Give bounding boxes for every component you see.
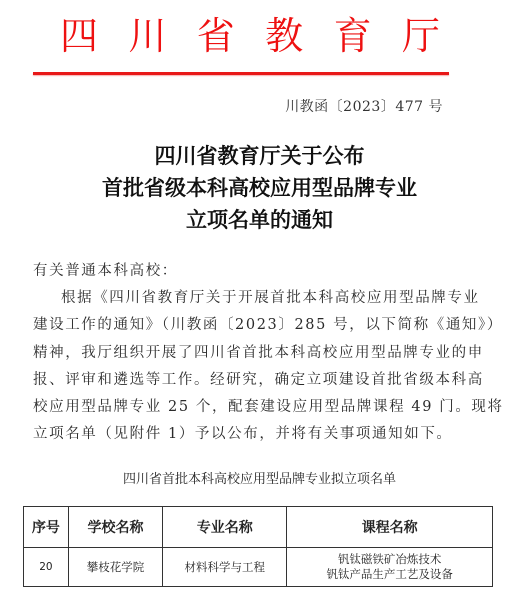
red-divider-rule xyxy=(33,72,449,75)
title-line: 首批省级本科高校应用型品牌专业 xyxy=(0,172,519,204)
cell-seq: 20 xyxy=(24,548,69,587)
paragraph-line: 根据《四川省教育厅关于开展首批本科高校应用型品牌专业 xyxy=(33,285,445,312)
paragraph-line: 建设工作的通知》（川教函〔2023〕285 号，以下简称《通知》） xyxy=(33,312,445,339)
header-seq: 序号 xyxy=(24,507,69,548)
title-line: 四川省教育厅关于公布 xyxy=(0,140,519,172)
masthead-char: 川 xyxy=(128,14,166,58)
masthead-char: 四 xyxy=(60,14,98,58)
header-school: 学校名称 xyxy=(68,507,162,548)
header-course: 课程名称 xyxy=(287,507,493,548)
paragraph-line: 校应用型品牌专业 25 个，配套建设应用型品牌课程 49 门。现将 xyxy=(33,394,445,421)
document-title: 四川省教育厅关于公布 首批省级本科高校应用型品牌专业 立项名单的通知 xyxy=(0,140,519,236)
paragraph-line: 精神，我厅组织开展了四川省首批本科高校应用型品牌专业的申 xyxy=(33,340,445,367)
header-major: 专业名称 xyxy=(163,507,287,548)
cell-courses: 钒钛磁铁矿冶炼技术 钒钛产品生产工艺及设备 xyxy=(287,548,493,587)
masthead-char: 育 xyxy=(334,14,372,58)
masthead-char: 厅 xyxy=(402,14,440,58)
cell-major: 材料科学与工程 xyxy=(163,548,287,587)
paragraph-line: 立项名单（见附件 1）予以公布，并将有关事项通知如下。 xyxy=(33,421,445,448)
course-name: 钒钛磁铁矿冶炼技术 xyxy=(287,552,492,567)
table-row: 20 攀枝花学院 材料科学与工程 钒钛磁铁矿冶炼技术 钒钛产品生产工艺及设备 xyxy=(24,548,493,587)
table-caption: 四川省首批本科高校应用型品牌专业拟立项名单 xyxy=(0,468,519,487)
cell-school: 攀枝花学院 xyxy=(68,548,162,587)
salutation: 有关普通本科高校： xyxy=(33,258,445,285)
masthead-title: 四 川 省 教 育 厅 xyxy=(60,12,440,60)
project-list-table: 序号 学校名称 专业名称 课程名称 20 攀枝花学院 材料科学与工程 钒钛磁铁矿… xyxy=(23,506,493,587)
course-name: 钒钛产品生产工艺及设备 xyxy=(287,567,492,582)
title-line: 立项名单的通知 xyxy=(0,204,519,236)
paragraph-line: 报、评审和遴选等工作。经研究，确定立项建设首批省级本科高 xyxy=(33,367,445,394)
document-body: 有关普通本科高校： 根据《四川省教育厅关于开展首批本科高校应用型品牌专业 建设工… xyxy=(33,258,445,448)
masthead-char: 省 xyxy=(197,14,235,58)
document-number: 川教函〔2023〕477 号 xyxy=(285,96,443,116)
masthead-char: 教 xyxy=(265,14,303,58)
table-header-row: 序号 学校名称 专业名称 课程名称 xyxy=(24,507,493,548)
